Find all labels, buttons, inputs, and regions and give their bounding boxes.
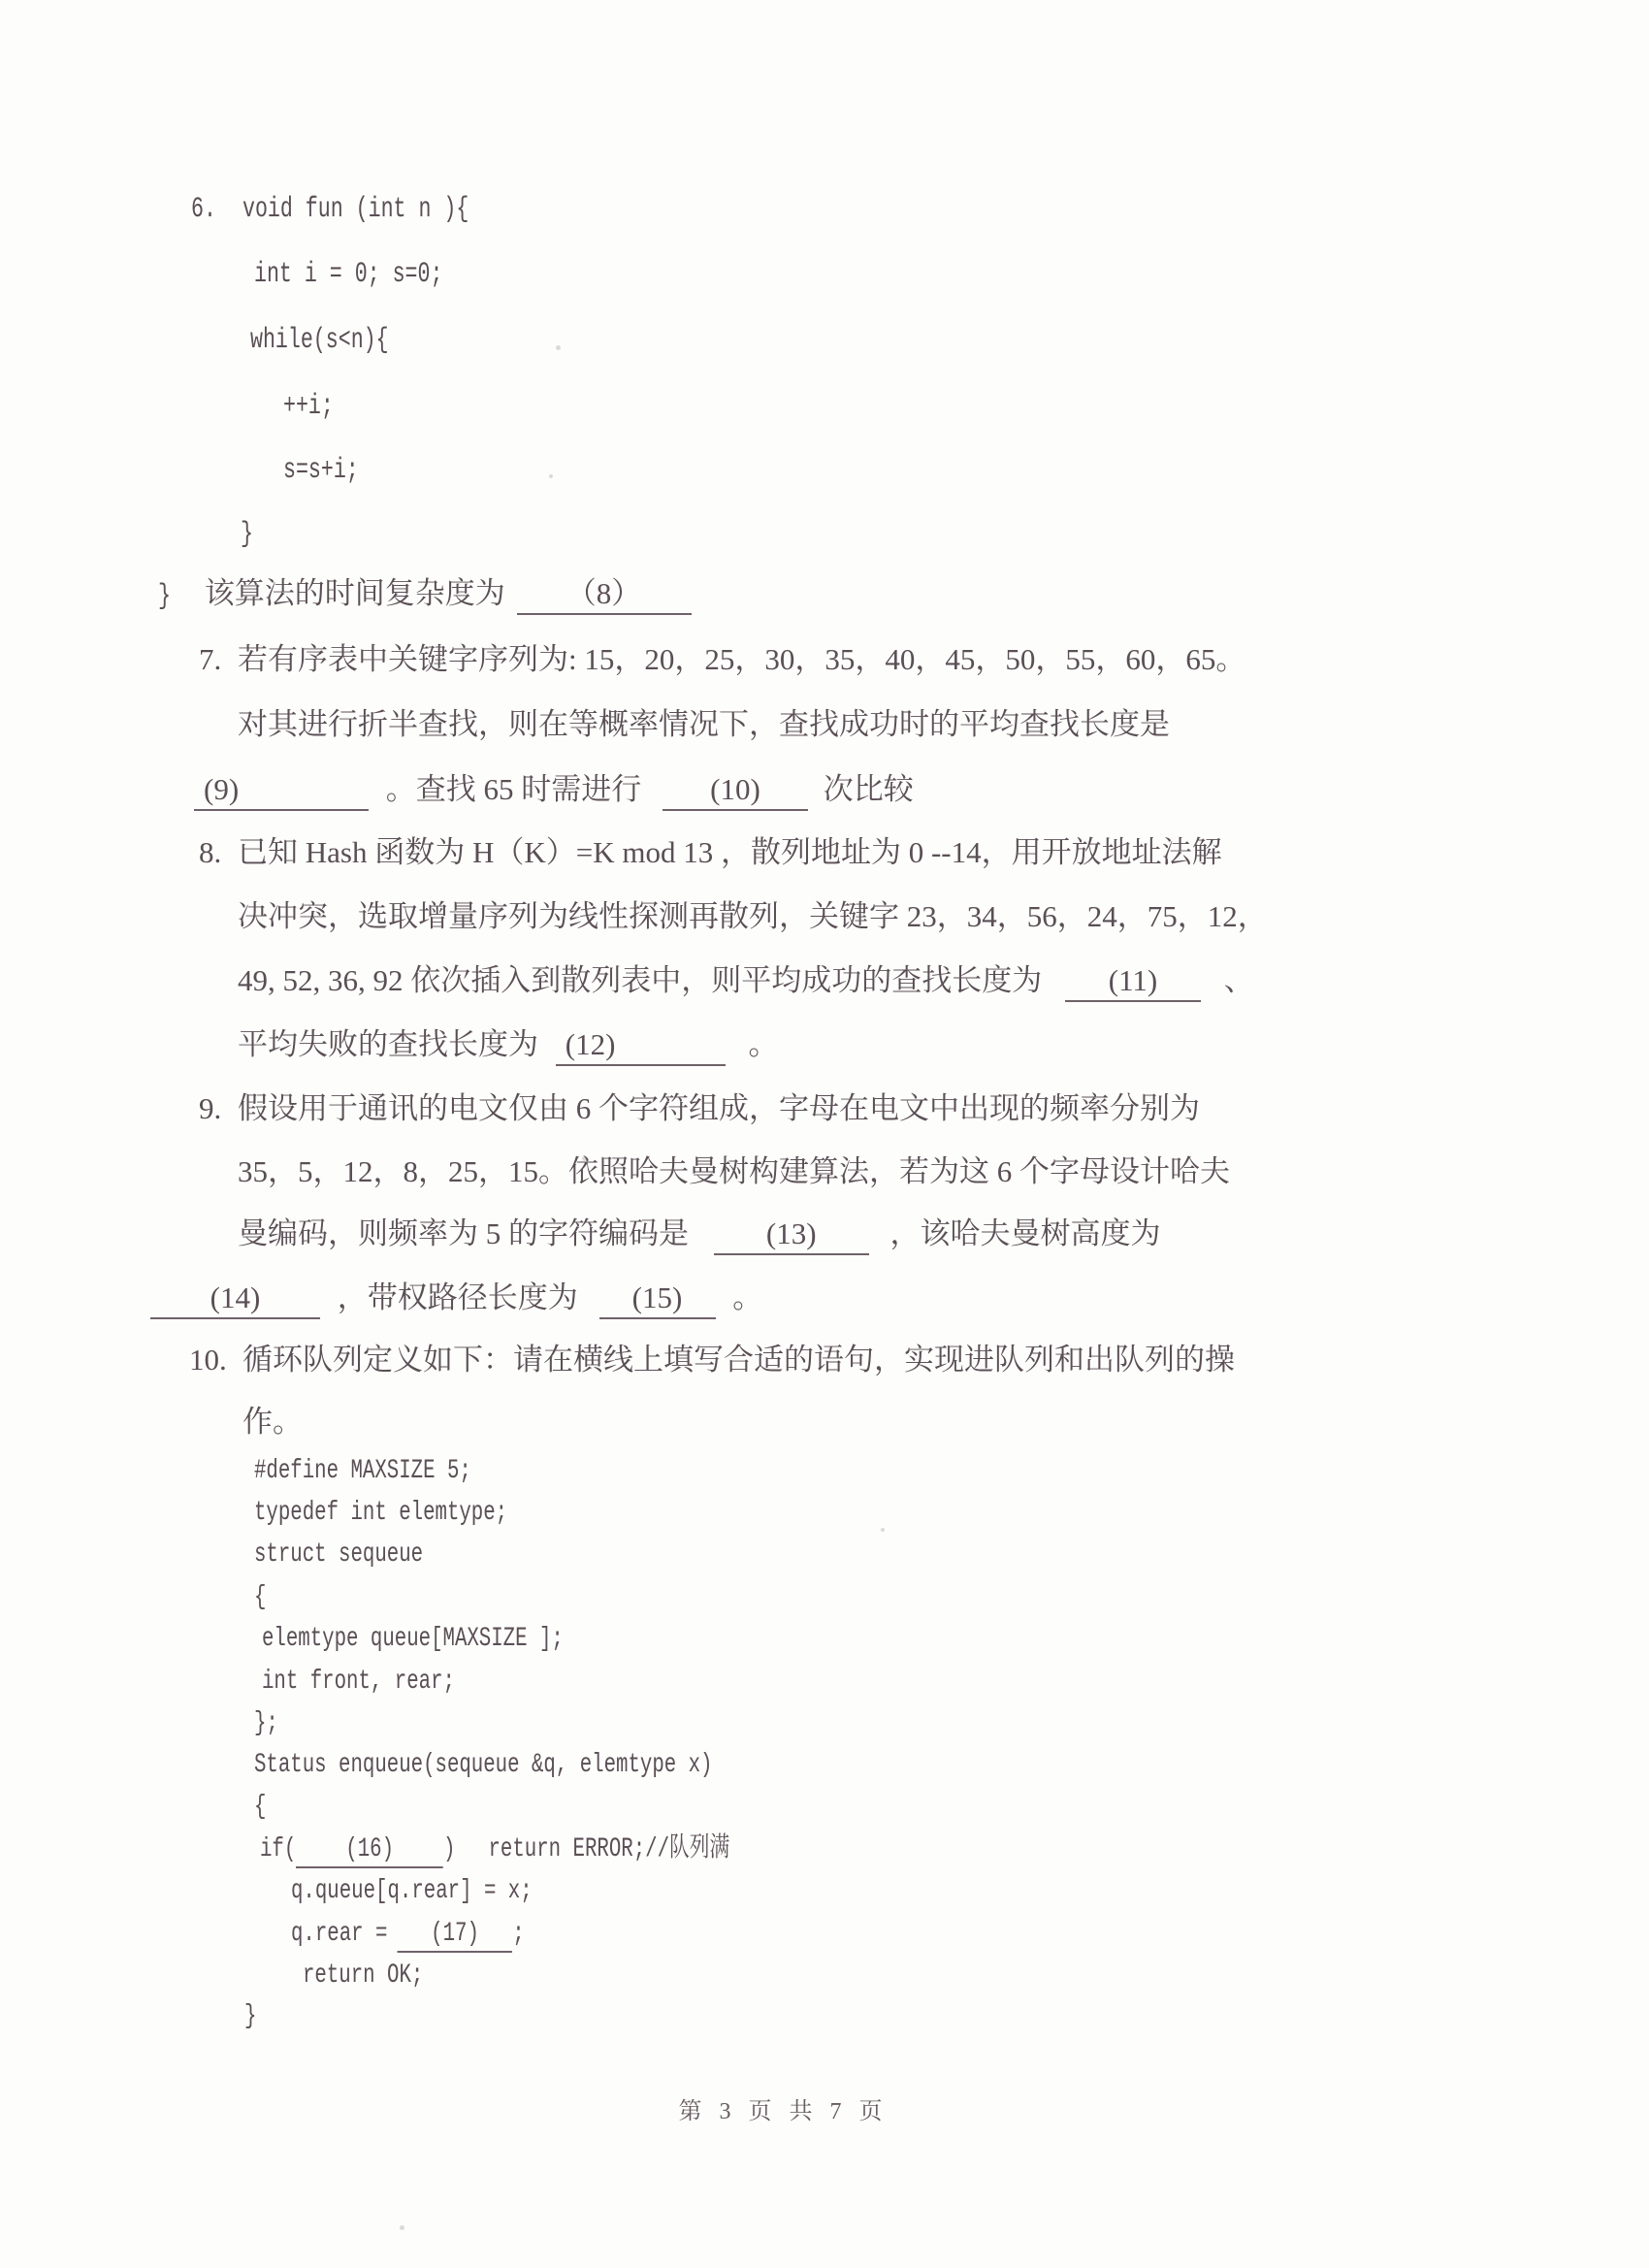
q9-line4-text: ，带权路径长度为 xyxy=(338,1280,578,1314)
page-footer: 第 3 页 共 7 页 xyxy=(0,2091,1567,2125)
q9-line4-tail: 。 xyxy=(732,1280,762,1314)
blank-11: (11) xyxy=(1065,961,1201,1002)
rear-semicolon: ; xyxy=(512,1919,524,1949)
q10-line1: 循环队列定义如下：请在横线上填写合适的语句，实现进队列和出队列的操 xyxy=(242,1341,1235,1379)
question-8-number: 8. xyxy=(199,833,221,872)
exam-page-scan: 6. void fun (int n ){ int i = 0; s=0; wh… xyxy=(0,0,1649,2268)
closing-brace: } xyxy=(158,577,171,616)
scan-speck xyxy=(400,2225,404,2230)
question-6-number: 6. xyxy=(191,190,216,229)
rear-assign: q.rear = xyxy=(291,1919,387,1949)
scan-speck xyxy=(881,1528,885,1532)
q6-code-line: s=s+i; xyxy=(283,451,359,490)
code-text: } xyxy=(241,518,253,551)
code-text: ++i; xyxy=(283,390,334,423)
question-7-number: 7. xyxy=(199,640,221,679)
q6-question-line: } 该算法的时间复杂度为 （8） xyxy=(158,574,692,616)
q10-code-struct: struct sequeue xyxy=(254,1539,423,1571)
q9-line3: 曼编码，则频率为 5 的字符编码是 (13) ，该哈夫曼树高度为 xyxy=(238,1215,1161,1255)
blank-15: (15) xyxy=(599,1279,716,1319)
if-return-error: return ERROR;//队列满 xyxy=(488,1834,729,1864)
q6-code-line: } xyxy=(241,515,253,554)
q10-code-return-ok: return OK; xyxy=(303,1960,423,1993)
q10-code-close-struct: }; xyxy=(254,1707,278,1740)
q10-code-close-brace: } xyxy=(244,2000,256,2033)
q10-code-define: #define MAXSIZE 5; xyxy=(254,1455,471,1488)
q7-line1: 若有序表中关键字序列为: 15，20，25，30，35，40，45，50，55，… xyxy=(238,640,1245,679)
q10-code-open-brace2: { xyxy=(254,1791,266,1824)
q10-code-enqueue-sig: Status enqueue(sequeue &q, elemtype x) xyxy=(254,1749,713,1782)
q6-code-line: void fun (int n ){ xyxy=(242,190,469,229)
q9-line3-text: 曼编码，则频率为 5 的字符编码是 xyxy=(238,1216,689,1250)
q8-line3-tail: 、 xyxy=(1224,963,1254,997)
q9-line4: (14) ，带权路径长度为 (15) 。 xyxy=(150,1279,762,1319)
q6-code-line: while(s<n){ xyxy=(250,321,389,360)
blank-12: (12) xyxy=(556,1025,726,1066)
q6-code-line: int i = 0; s=0; xyxy=(254,255,442,294)
scan-speck xyxy=(582,1156,587,1161)
q6-prompt: 该算法的时间复杂度为 xyxy=(205,576,505,610)
q10-code-queue-array: elemtype queue[MAXSIZE ]; xyxy=(262,1623,564,1656)
q8-line3: 49, 52, 36, 92 依次插入到散列表中，则平均成功的查找长度为 (11… xyxy=(238,961,1254,1002)
q8-line1: 已知 Hash 函数为 H（K）=K mod 13 ，散列地址为 0 --14，… xyxy=(238,833,1222,872)
code-text: while(s<n){ xyxy=(250,324,389,357)
blank-8: （8） xyxy=(517,574,692,615)
scan-speck xyxy=(549,474,553,478)
q8-line4: 平均失败的查找长度为 (12) 。 xyxy=(238,1025,779,1066)
question-number: 6. xyxy=(191,193,216,226)
blank-16: (16) xyxy=(296,1833,443,1868)
q7-line3-tail: 次比较 xyxy=(824,772,914,806)
q10-code-rear-line: q.rear =(17); xyxy=(291,1918,525,1953)
question-10-number: 10. xyxy=(189,1341,227,1379)
q10-code-open-brace: { xyxy=(254,1581,266,1614)
q8-line2: 决冲突，选取增量序列为线性探测再散列，关键字 23，34，56，24，75，12… xyxy=(238,897,1268,936)
q10-line2: 作。 xyxy=(242,1403,303,1442)
code-text: void fun (int n ){ xyxy=(242,193,469,226)
q8-line4-text: 平均失败的查找长度为 xyxy=(238,1027,538,1061)
q6-code-line: ++i; xyxy=(283,387,334,426)
if-open: if( xyxy=(260,1834,296,1864)
blank-9: (9) xyxy=(194,770,369,811)
q10-code-front-rear: int front, rear; xyxy=(262,1666,455,1699)
q9-line3-tail: ，该哈夫曼树高度为 xyxy=(890,1216,1161,1250)
q10-code-if-line: if((16))return ERROR;//队列满 xyxy=(260,1833,729,1868)
q8-line4-tail: 。 xyxy=(749,1027,779,1061)
q8-line3-text: 49, 52, 36, 92 依次插入到散列表中，则平均成功的查找长度为 xyxy=(238,963,1042,997)
blank-14: (14) xyxy=(150,1279,320,1319)
if-close: ) xyxy=(443,1834,455,1864)
code-text: s=s+i; xyxy=(283,454,359,487)
q7-line3-text: 。查找 65 时需进行 xyxy=(386,772,642,806)
q9-line1: 假设用于通讯的电文仅由 6 个字符组成，字母在电文中出现的频率分别为 xyxy=(238,1089,1200,1128)
q7-line3: (9) 。查找 65 时需进行 (10) 次比较 xyxy=(194,770,914,811)
q9-line2: 35，5，12，8，25，15。依照哈夫曼树构建算法，若为这 6 个字母设计哈夫 xyxy=(238,1152,1230,1191)
code-text: int i = 0; s=0; xyxy=(254,258,442,291)
q10-code-typedef: typedef int elemtype; xyxy=(254,1497,507,1530)
q10-code-assign-x: q.queue[q.rear] = x; xyxy=(291,1875,533,1908)
blank-13: (13) xyxy=(714,1215,869,1255)
q7-line2: 对其进行折半查找，则在等概率情况下，查找成功时的平均查找长度是 xyxy=(238,705,1170,744)
scan-speck xyxy=(556,345,561,350)
blank-10: (10) xyxy=(663,770,808,811)
blank-17: (17) xyxy=(398,1918,512,1953)
question-9-number: 9. xyxy=(199,1089,221,1128)
